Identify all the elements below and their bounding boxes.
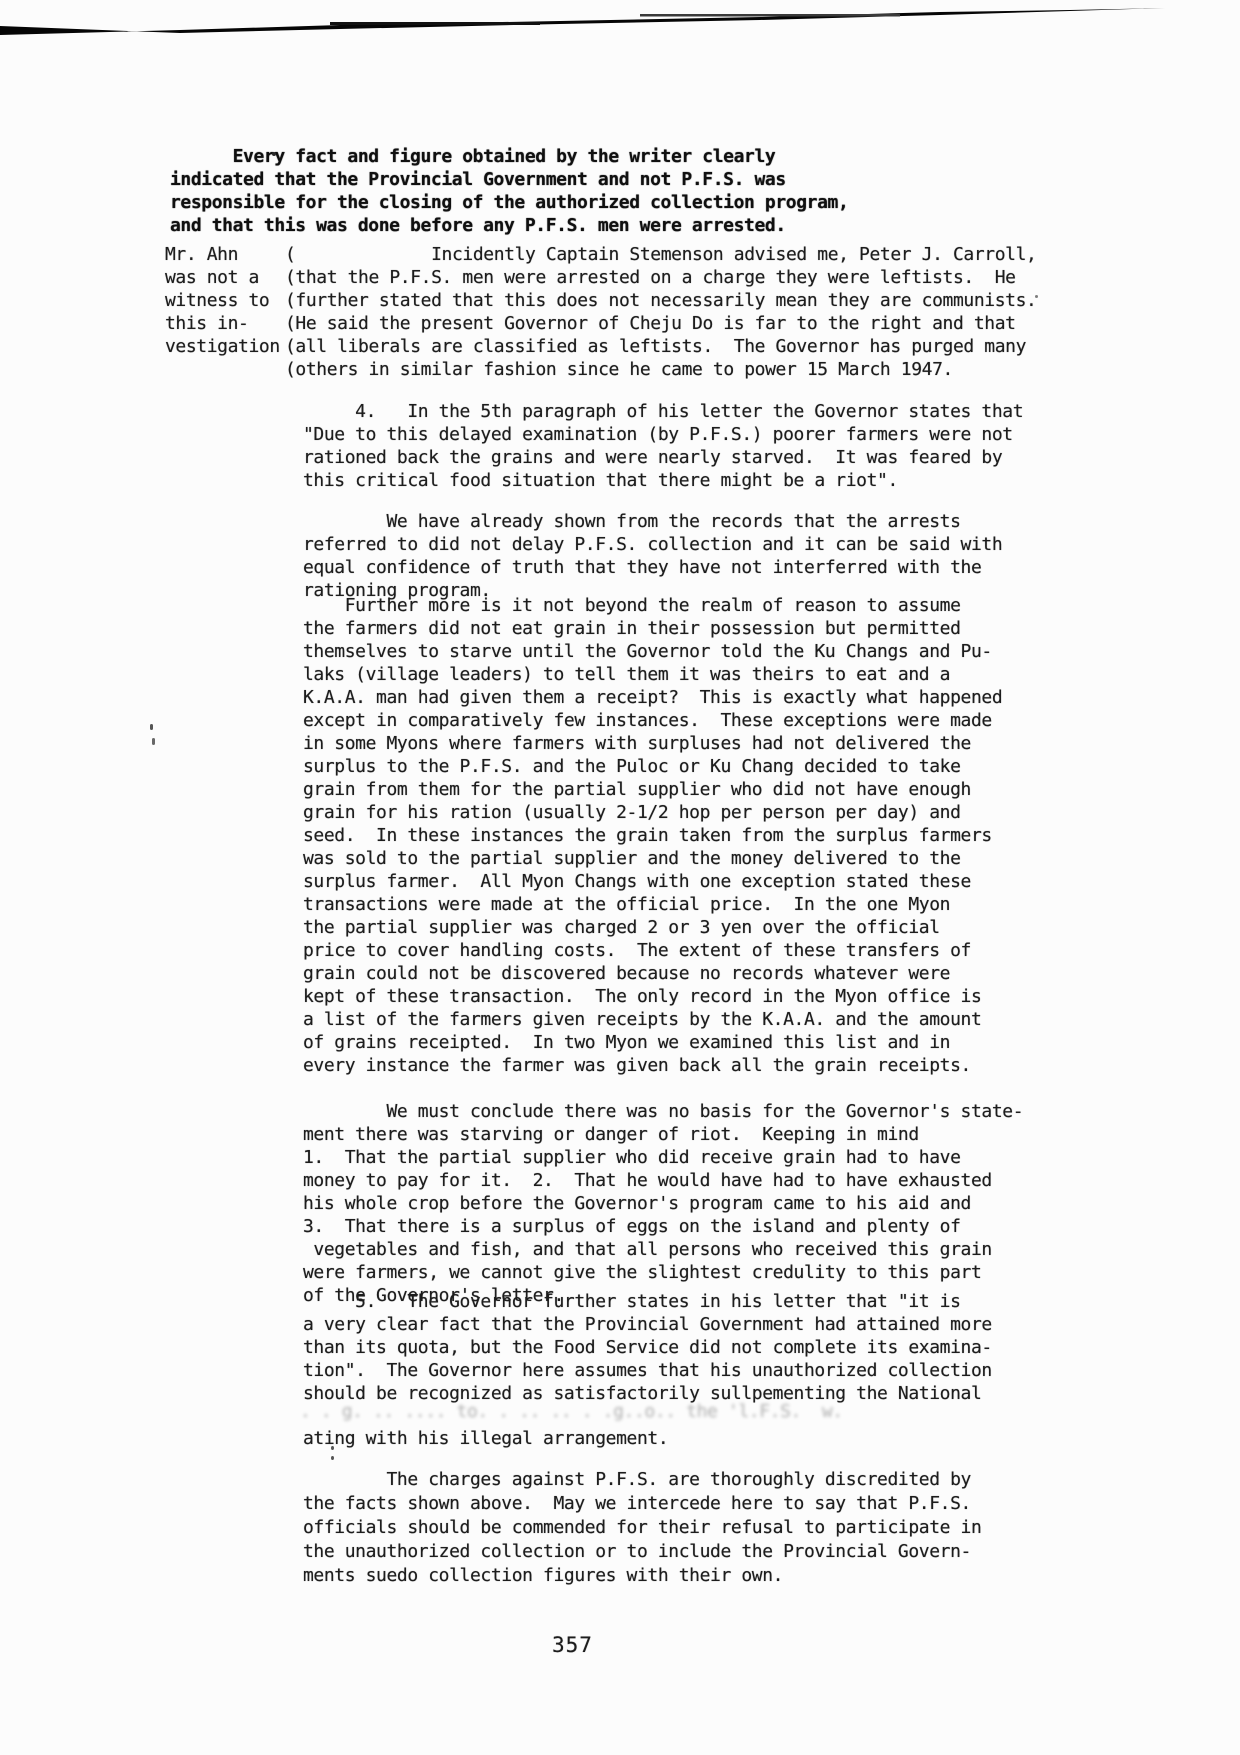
- annotation-paren-block: ( Incidently Captain Stemenson advised m…: [285, 243, 1036, 381]
- ink-speck: [152, 738, 155, 745]
- closing-paragraph: The charges against P.F.S. are thoroughl…: [303, 1468, 981, 1588]
- faded-line-text: . . g. .. .... to. . .. .. . .g..o.. the…: [300, 1400, 843, 1423]
- ink-speck: [331, 1446, 334, 1450]
- page-number: 357: [552, 1634, 593, 1657]
- paragraph-5-continued: ating with his illegal arrangement.: [303, 1427, 668, 1450]
- ink-speck: [150, 724, 153, 730]
- scanned-document-page: Every fact and figure obtained by the wr…: [0, 0, 1240, 1755]
- paragraph-furthermore: Further more is it not beyond the realm …: [303, 594, 1002, 1077]
- paragraph-4: 4. In the 5th paragraph of his letter th…: [303, 400, 1023, 492]
- paragraph-conclusion: We must conclude there was no basis for …: [303, 1100, 1023, 1307]
- scan-streak-artifact: [0, 0, 1240, 42]
- ink-speck: [272, 152, 276, 156]
- opening-statement: Every fact and figure obtained by the wr…: [170, 145, 848, 237]
- paragraph-5: 5. The Governor further states in his le…: [303, 1290, 992, 1405]
- margin-annotation: Mr. Ahnwas not awitness tothis in-vestig…: [165, 243, 280, 358]
- ink-speck: [1035, 295, 1038, 298]
- faded-illegible-line: . . g. .. .... to. . .. .. . .g..o.. the…: [300, 1400, 843, 1423]
- paragraph-records-shown: We have already shown from the records t…: [303, 510, 1002, 602]
- ink-speck: [331, 1456, 334, 1460]
